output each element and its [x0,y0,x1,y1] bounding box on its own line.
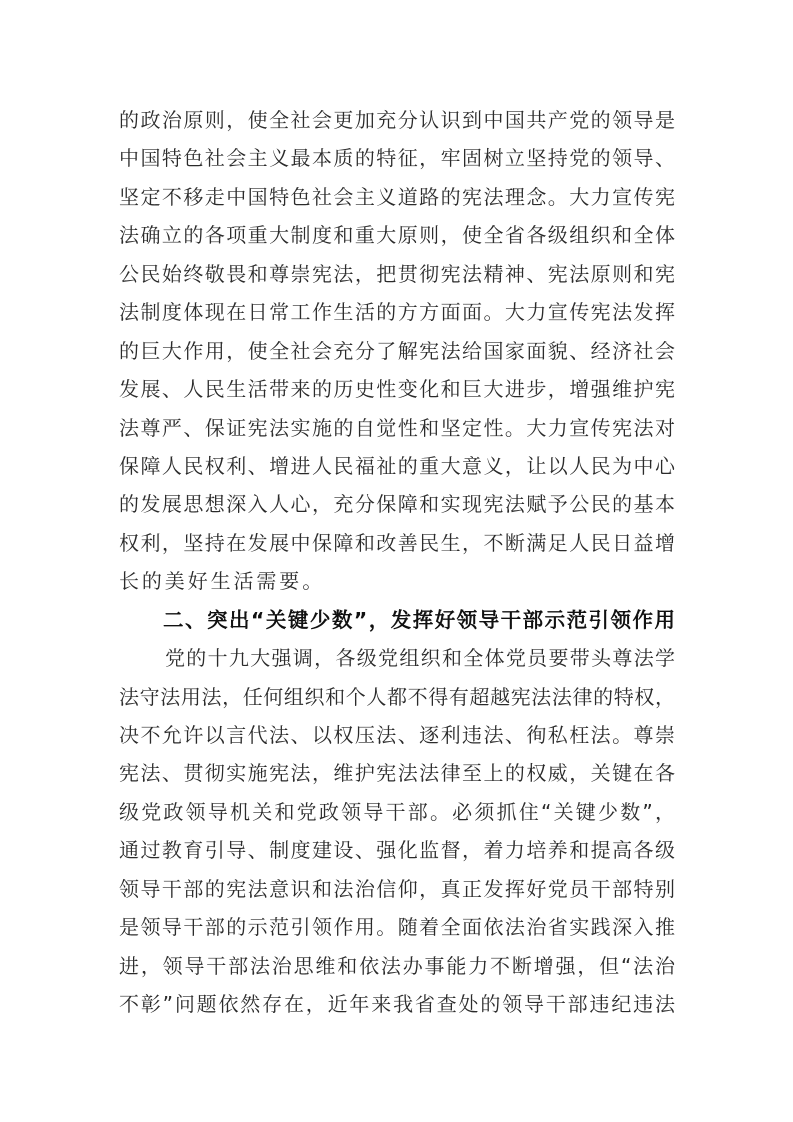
text-line: 宪法、贯彻实施宪法，维护宪法法律至上的权威，关键在各 [119,754,675,792]
text-line: 的巨大作用，使全社会充分了解宪法给国家面貌、经济社会 [119,332,675,370]
text-line: 坚定不移走中国特色社会主义道路的宪法理念。大力宣传宪 [119,178,675,216]
text-line: 保障人民权利、增进人民福祉的重大意义，让以人民为中心 [119,447,675,485]
text-line: 进，领导干部法治思维和依法办事能力不断增强，但“法治 [119,947,675,985]
paragraph-key-minority: 党的十九大强调，各级党组织和全体党员要带头尊法学 法守法用法，任何组织和个人都不… [119,639,675,1023]
text-line: 的政治原则，使全社会更加充分认识到中国共产党的领导是 [119,101,675,139]
text-line: 权利，坚持在发展中保障和改善民生，不断满足人民日益增 [119,524,675,562]
text-line: 法确立的各项重大制度和重大原则，使全省各级组织和全体 [119,216,675,254]
text-line: 是领导干部的示范引领作用。随着全面依法治省实践深入推 [119,908,675,946]
text-line: 领导干部的宪法意识和法治信仰，真正发挥好党员干部特别 [119,870,675,908]
text-line: 党的十九大强调，各级党组织和全体党员要带头尊法学 [119,639,675,677]
text-line: 法守法用法，任何组织和个人都不得有超越宪法法律的特权， [119,678,675,716]
text-line: 不彰”问题依然存在，近年来我省查处的领导干部违纪违法 [119,985,675,1023]
paragraph-constitution-publicity: 的政治原则，使全社会更加充分认识到中国共产党的领导是 中国特色社会主义最本质的特… [119,101,675,601]
text-line: 发展、人民生活带来的历史性变化和巨大进步，增强维护宪 [119,370,675,408]
text-line: 公民始终敬畏和尊崇宪法，把贯彻宪法精神、宪法原则和宪 [119,255,675,293]
text-line: 通过教育引导、制度建设、强化监督，着力培养和提高各级 [119,831,675,869]
section-heading: 二、突出“关键少数”，发挥好领导干部示范引领作用 [119,601,675,639]
text-line: 中国特色社会主义最本质的特征，牢固树立坚持党的领导、 [119,139,675,177]
text-line: 级党政领导机关和党政领导干部。必须抓住“关键少数”， [119,793,675,831]
document-page: 的政治原则，使全社会更加充分认识到中国共产党的领导是 中国特色社会主义最本质的特… [0,0,793,1122]
text-line: 决不允许以言代法、以权压法、逐利违法、徇私枉法。尊崇 [119,716,675,754]
document-body: 的政治原则，使全社会更加充分认识到中国共产党的领导是 中国特色社会主义最本质的特… [119,101,675,1024]
text-line: 法制度体现在日常工作生活的方方面面。大力宣传宪法发挥 [119,293,675,331]
text-line: 的发展思想深入人心，充分保障和实现宪法赋予公民的基本 [119,485,675,523]
text-line: 法尊严、保证宪法实施的自觉性和坚定性。大力宣传宪法对 [119,409,675,447]
text-line: 长的美好生活需要。 [119,562,675,600]
